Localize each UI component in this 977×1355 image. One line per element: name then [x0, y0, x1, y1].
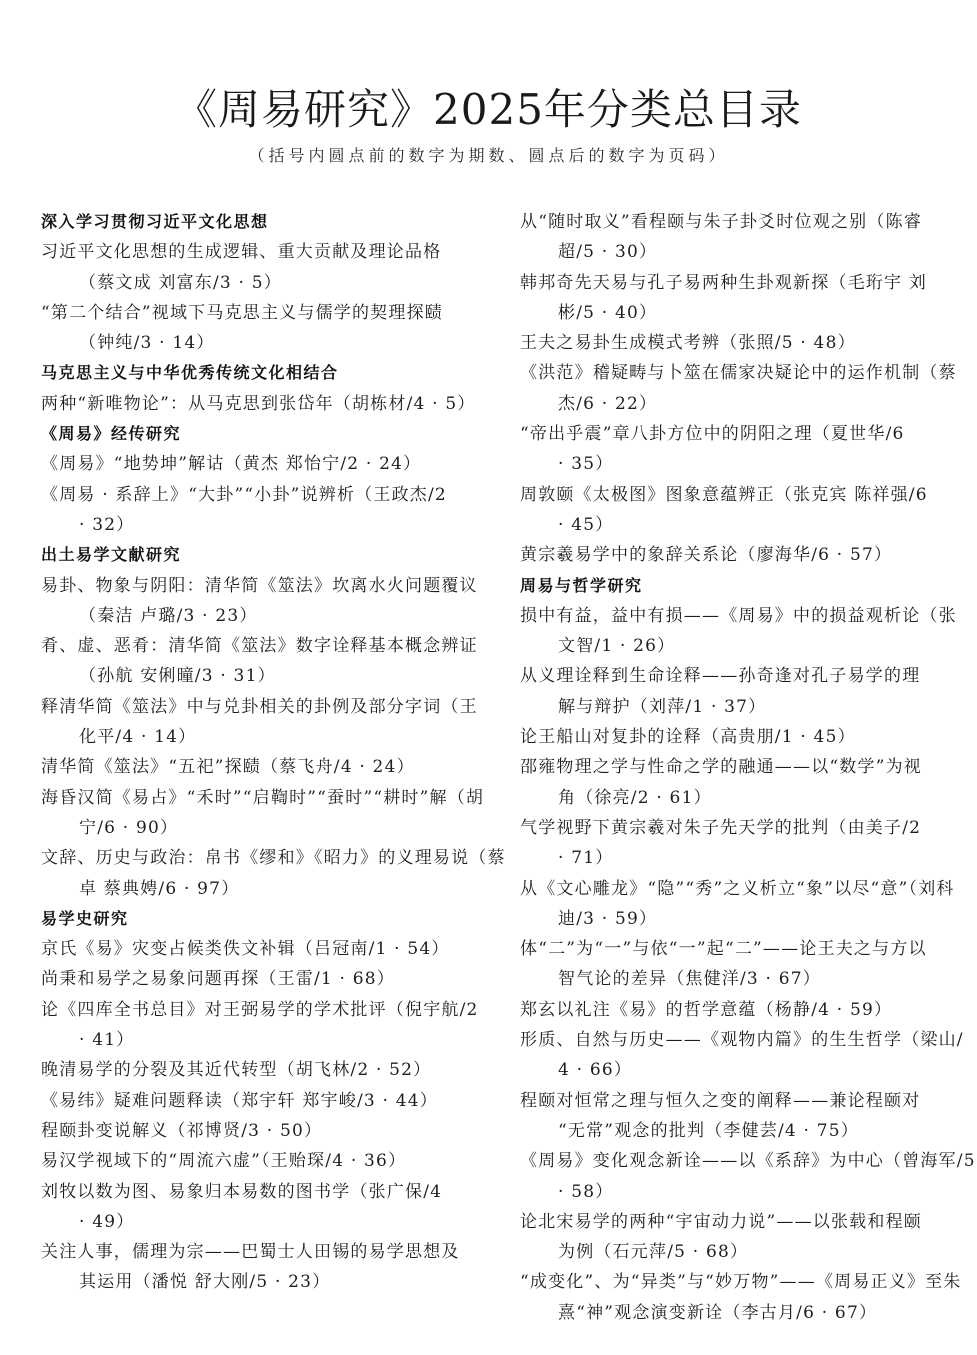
toc-entry: 论北宋易学的两种“宇宙动力说”——以张载和程颐 为例（石元萍/5 · 68） [520, 1207, 950, 1268]
section-heading: 马克思主义与中华优秀传统文化相结合 [41, 358, 471, 388]
right-column: 从“随时取义”看程颐与朱子卦爻时位观之别（陈睿 超/5 · 30） 韩邦奇先天易… [520, 207, 950, 1328]
toc-entry: 邵雍物理之学与性命之学的融通——以“数学”为视 角（徐亮/2 · 61） [520, 752, 950, 813]
toc-entry: 海昏汉简《易占》“禾时”“启鞫时”“蚕时”“耕时”解（胡 宁/6 · 90） [41, 783, 471, 844]
toc-entry: 晚清易学的分裂及其近代转型（胡飞林/2 · 52） [41, 1055, 471, 1085]
toc-entry: 《易纬》疑难问题释读（郑宇轩 郑宇峻/3 · 44） [41, 1086, 471, 1116]
toc-entry: 从“随时取义”看程颐与朱子卦爻时位观之别（陈睿 超/5 · 30） [520, 207, 950, 268]
page-subtitle: （括号内圆点前的数字为期数、圆点后的数字为页码） [0, 143, 977, 169]
toc-entry: 刘牧以数为图、易象归本易数的图书学（张广保/4 · 49） [41, 1177, 471, 1238]
toc-entry: 周敦颐《太极图》图象意蕴辨正（张克宾 陈祥强/6 · 45） [520, 480, 950, 541]
page-title: 《周易研究》2025年分类总目录 [0, 82, 977, 138]
left-column: 深入学习贯彻习近平文化思想 习近平文化思想的生成逻辑、重大贡献及理论品格 （蔡文… [41, 207, 471, 1298]
toc-entry: 易卦、物象与阴阳：清华简《筮法》坎离水火问题覆议 （秦洁 卢璐/3 · 23） [41, 571, 471, 632]
toc-entry: 肴、虚、恶肴：清华简《筮法》数字诠释基本概念辨证 （孙航 安俐曈/3 · 31） [41, 631, 471, 692]
toc-entry: “成变化”、为“异类”与“妙万物”——《周易正义》至朱 熹“神”观念演变新诠（李… [520, 1267, 950, 1328]
toc-entry: 易汉学视域下的“周流六虚”（王贻琛/4 · 36） [41, 1146, 471, 1176]
toc-entry: “第二个结合”视域下马克思主义与儒学的契理探赜 （钟纯/3 · 14） [41, 298, 471, 359]
section-heading: 周易与哲学研究 [520, 571, 950, 601]
section-heading: 深入学习贯彻习近平文化思想 [41, 207, 471, 237]
toc-entry: 王夫之易卦生成模式考辨（张照/5 · 48） [520, 328, 950, 358]
toc-entry: 程颐对恒常之理与恒久之变的阐释——兼论程颐对 “无常”观念的批判（李健芸/4 ·… [520, 1086, 950, 1147]
section-heading: 出土易学文献研究 [41, 540, 471, 570]
section-heading: 易学史研究 [41, 904, 471, 934]
toc-entry: 损中有益，益中有损——《周易》中的损益观析论（张 文智/1 · 26） [520, 601, 950, 662]
toc-entry: 黄宗羲易学中的象辞关系论（廖海华/6 · 57） [520, 540, 950, 570]
toc-entry: 论《四库全书总目》对王弼易学的学术批评（倪宇航/2 · 41） [41, 995, 471, 1056]
toc-entry: 释清华简《筮法》中与兑卦相关的卦例及部分字词（王 化平/4 · 14） [41, 692, 471, 753]
toc-entry: 文辞、历史与政治：帛书《缪和》《昭力》的义理易说（蔡 卓 蔡典娉/6 · 97） [41, 843, 471, 904]
toc-entry: 论王船山对复卦的诠释（高贵朋/1 · 45） [520, 722, 950, 752]
toc-entry: 习近平文化思想的生成逻辑、重大贡献及理论品格 （蔡文成 刘富东/3 · 5） [41, 237, 471, 298]
toc-entry: 气学视野下黄宗羲对朱子先天学的批判（由美子/2 · 71） [520, 813, 950, 874]
section-heading: 《周易》经传研究 [41, 419, 471, 449]
toc-entry: 从义理诠释到生命诠释——孙奇逢对孔子易学的理 解与辩护（刘萍/1 · 37） [520, 661, 950, 722]
toc-entry: “帝出乎震”章八卦方位中的阴阳之理（夏世华/6 · 35） [520, 419, 950, 480]
toc-entry: 清华简《筮法》“五祀”探赜（蔡飞舟/4 · 24） [41, 752, 471, 782]
toc-entry: 《周易》变化观念新诠——以《系辞》为中心（曾海军/5 · 58） [520, 1146, 950, 1207]
toc-entry: 《周易》“地势坤”解诂（黄杰 郑怡宁/2 · 24） [41, 449, 471, 479]
toc-entry: 《周易 · 系辞上》“大卦”“小卦”说辨析（王政杰/2 · 32） [41, 480, 471, 541]
toc-entry: 京氏《易》灾变占候类佚文补辑（吕冠南/1 · 54） [41, 934, 471, 964]
toc-entry: 《洪范》稽疑畴与卜筮在儒家决疑论中的运作机制（蔡 杰/6 · 22） [520, 358, 950, 419]
toc-entry: 从《文心雕龙》“隐”“秀”之义析立“象”以尽“意”（刘科 迪/3 · 59） [520, 874, 950, 935]
toc-entry: 体“二”为“一”与依“一”起“二”——论王夫之与方以 智气论的差异（焦健洋/3 … [520, 934, 950, 995]
toc-entry: 程颐卦变说解义（祁博贤/3 · 50） [41, 1116, 471, 1146]
toc-entry: 关注人事，儒理为宗——巴蜀士人田锡的易学思想及 其运用（潘悦 舒大刚/5 · 2… [41, 1237, 471, 1298]
toc-entry: 韩邦奇先天易与孔子易两种生卦观新探（毛珩宇 刘 彬/5 · 40） [520, 268, 950, 329]
toc-entry: 两种“新唯物论”：从马克思到张岱年（胡栋材/4 · 5） [41, 389, 471, 419]
toc-entry: 形质、自然与历史——《观物内篇》的生生哲学（梁山/ 4 · 66） [520, 1025, 950, 1086]
toc-entry: 尚秉和易学之易象问题再探（王雷/1 · 68） [41, 964, 471, 994]
toc-entry: 郑玄以礼注《易》的哲学意蕴（杨静/4 · 59） [520, 995, 950, 1025]
